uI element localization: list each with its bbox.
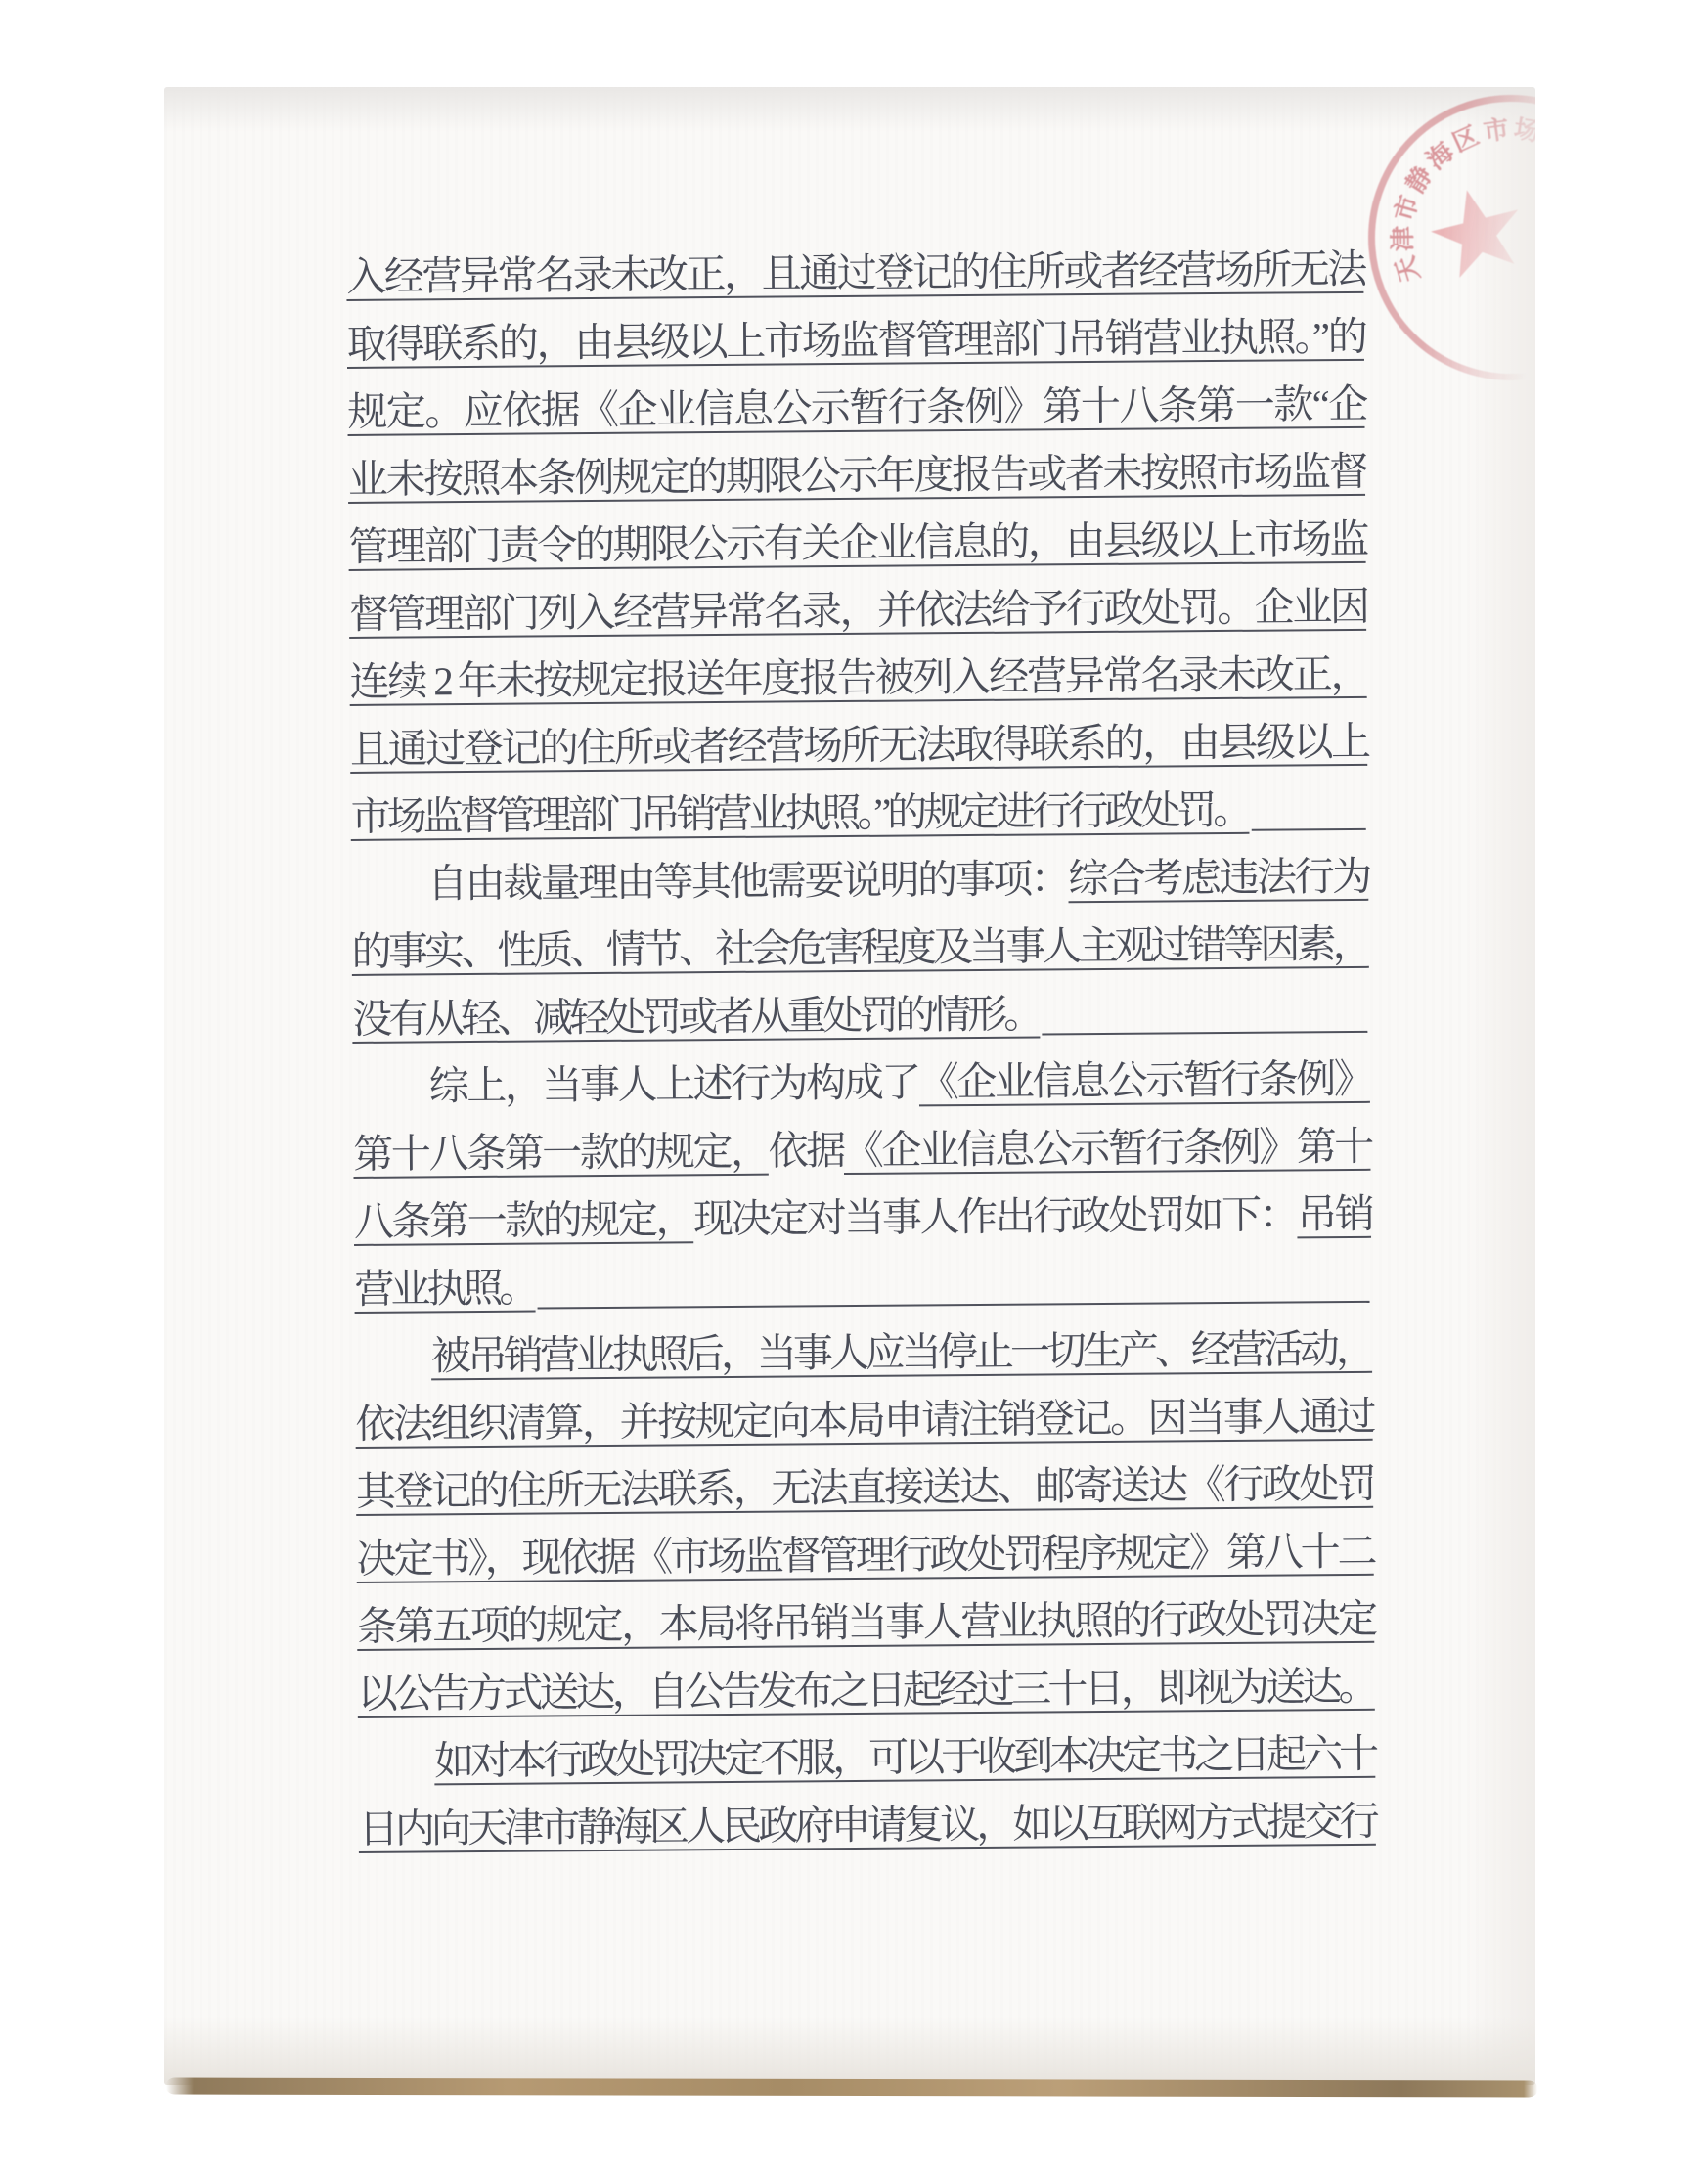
text-line: 规定。应依据《企业信息公示暂行条例》第十八条第一款“企 [347,371,1365,446]
text-segment: 营业执照。 [354,1255,536,1323]
text-segment: 没有从轻、减轻处罚或者从重处罚的情形。 [352,980,1041,1053]
text-segment: 《企业信息公示暂行条例》 [919,1056,1370,1105]
text-segment: 自由裁量理由等其他需要说明的事项： [427,856,1069,906]
text-line: 第十八条第一款的规定，依据《企业信息公示暂行条例》第十 [353,1113,1371,1188]
text-segment: 以公告方式送达，自公告发布之日起经过三十日，即视为送达。 [357,1664,1374,1716]
text-line: 被吊销营业执照后，当事人应当停止一切生产、经营活动， [355,1315,1373,1391]
text-line: 连续 2 年未按规定报送年度报告被列入经营异常名录未改正， [349,641,1367,716]
text-segment: 入经营异常名录未改正，且通过登记的住所或者经营场所无法 [346,246,1363,299]
text-line: 其登记的住所无法联系，无法直接送达、邮寄送达《行政处罚 [356,1450,1374,1526]
table-edge [166,2078,1537,2098]
text-segment: 条第五项的规定，本局将吊销当事人营业执照的行政处罚决定 [357,1596,1374,1649]
text-line: 如对本行政处罚决定不服，可以于收到本决定书之日起六十 [358,1720,1376,1796]
text-segment: 第十八条第一款的规定， [353,1129,769,1177]
text-segment: 八条第一款的规定， [354,1196,694,1244]
text-line: 没有从轻、减轻处罚或者从重处罚的情形。 [352,978,1370,1053]
text-line: 依法组织清算，并按规定向本局申请注销登记。因当事人通过 [355,1383,1373,1458]
text-line: 业未按照本条例规定的期限公示年度报告或者未按照市场监督 [348,438,1366,513]
text-line: 入经营异常名录未改正，且通过登记的住所或者经营场所无法 [346,236,1364,311]
text-segment: 决定书》，现依据《市场监督管理行政处罚程序规定》第八十二 [356,1529,1373,1582]
text-segment: 如对本行政处罚决定不服，可以于收到本决定书之日起六十 [434,1731,1375,1784]
text-segment: 督管理部门列入经营异常名录，并依法给予行政处罚。企业因 [349,584,1366,637]
text-segment: 现决定对当事人作出行政处罚如下： [693,1191,1298,1241]
text-segment: 其登记的住所无法联系，无法直接送达、邮寄送达《行政处罚 [356,1461,1373,1514]
text-line: 综上，当事人上述行为构成了《企业信息公示暂行条例》 [353,1046,1371,1121]
text-line: 八条第一款的规定，现决定对当事人作出行政处罚如下：吊销 [354,1181,1372,1256]
text-line: 督管理部门列入经营异常名录，并依法给予行政处罚。企业因 [349,573,1367,648]
text-segment: 《企业信息公示暂行条例》第十 [844,1124,1371,1173]
text-line: 营业执照。 [354,1248,1372,1323]
text-line: 条第五项的规定，本局将吊销当事人营业执照的行政处罚决定 [357,1585,1375,1661]
text-line: 以公告方式送达，自公告发布之日起经过三十日，即视为送达。 [357,1653,1375,1728]
text-segment: 取得联系的，由县级以上市场监督管理部门吊销营业执照。”的 [347,314,1364,367]
text-segment: 市场监督管理部门吊销营业执照。”的规定进行行政处罚。 [350,777,1249,851]
text-segment: 连续 2 年未按规定报送年度报告被列入经营异常名录未改正， [349,651,1366,704]
document-text: 入经营异常名录未改正，且通过登记的住所或者经营场所无法取得联系的，由县级以上市场… [346,236,1376,1863]
seal-char: 场 [1510,114,1535,148]
text-segment: 且通过登记的住所或者经营场所无法取得联系的，由县级以上 [350,719,1367,772]
text-line: 取得联系的，由县级以上市场监督管理部门吊销营业执照。”的 [347,303,1365,379]
text-segment: 被吊销营业执照后，当事人应当停止一切生产、经营活动， [431,1326,1372,1379]
text-line: 管理部门责令的期限公示有关企业信息的，由县级以上市场监 [348,506,1366,581]
text-segment: 依法组织清算，并按规定向本局申请注销登记。因当事人通过 [355,1394,1372,1447]
underline-filler [538,1301,1370,1310]
text-line: 自由裁量理由等其他需要说明的事项：综合考虑违法行为 [351,843,1369,918]
text-segment: 依据 [768,1128,844,1174]
text-segment: 综合考虑违法行为 [1068,854,1368,901]
text-segment: 的事实、性质、情节、社会危害程度及当事人主观过错等因素， [352,921,1369,974]
text-line: 的事实、性质、情节、社会危害程度及当事人主观过错等因素， [351,911,1369,986]
text-segment: 日内向天津市静海区人民政府申请复议，如以互联网方式提交行 [359,1799,1376,1851]
photo-of-document: { "colors": { "ink": "#4a4d58", "underli… [0,0,1688,2184]
official-seal: 天津市静海区市场监督管理局 [1364,91,1535,384]
text-line: 且通过登记的住所或者经营场所无法取得联系的，由县级以上 [350,708,1368,783]
text-line: 市场监督管理部门吊销营业执照。”的规定进行行政处罚。 [350,776,1368,851]
text-segment: 业未按照本条例规定的期限公示年度报告或者未按照市场监督 [348,449,1365,502]
text-line: 日内向天津市静海区人民政府申请复议，如以互联网方式提交行 [358,1788,1376,1863]
seal-char: 市 [1480,114,1513,148]
document-page: 天津市静海区市场监督管理局 入经营异常名录未改正，且通过登记的住所或者经营场所无… [164,87,1535,2085]
seal-char: 津 [1389,224,1418,253]
text-line: 决定书》，现依据《市场监督管理行政处罚程序规定》第八十二 [356,1518,1374,1593]
text-segment: 规定。应依据《企业信息公示暂行条例》第十八条第一款“企 [347,381,1364,434]
underline-filler [1251,828,1365,831]
text-segment: 吊销 [1297,1191,1371,1237]
text-segment: 综上，当事人上述行为构成了 [429,1059,919,1108]
text-segment: 管理部门责令的期限公示有关企业信息的，由县级以上市场监 [348,516,1365,569]
underline-filler [1042,1031,1367,1036]
